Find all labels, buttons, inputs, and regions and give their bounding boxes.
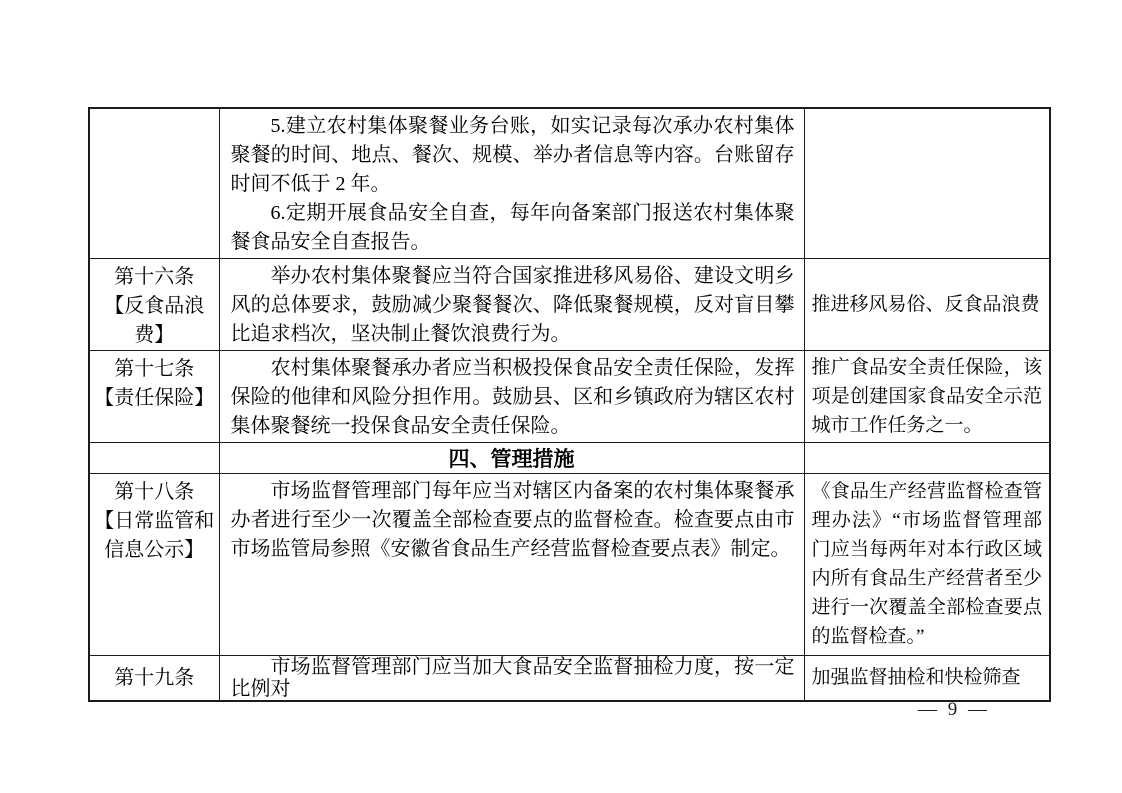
content-paragraph: 市场监督管理部门每年应当对辖区内备案的农村集体聚餐承办者进行至少一次覆盖全部检查… — [231, 477, 795, 564]
article-cell-16: 第十六条 【反食品浪费】 — [89, 258, 219, 350]
article-number: 第十七条 — [94, 355, 215, 384]
content-paragraph: 农村集体聚餐承办者应当积极投保食品安全责任保险，发挥保险的他律和风险分担作用。鼓… — [231, 354, 795, 441]
note-text: 加强监督抽检和快检筛查 — [812, 667, 1021, 688]
content-cell-19: 市场监督管理部门应当加大食品安全监督抽检力度，按一定比例对 — [219, 655, 804, 701]
content-paragraph: 举办农村集体聚餐应当符合国家推进移风易俗、建设文明乡风的总体要求，鼓励减少聚餐餐… — [231, 262, 795, 349]
article-number: 第十九条 — [94, 667, 215, 689]
article-cell-19: 第十九条 — [89, 655, 219, 701]
content-cell-continuation: 5.建立农村集体聚餐业务台账，如实记录每次承办农村集体聚餐的时间、地点、餐次、规… — [219, 108, 804, 258]
content-cell-17: 农村集体聚餐承办者应当积极投保食品安全责任保险，发挥保险的他律和风险分担作用。鼓… — [219, 350, 804, 442]
article-cell-18: 第十八条 【日常监管和信息公示】 — [89, 473, 219, 655]
section-header-cell: 四、管理措施 — [219, 442, 804, 473]
table-row: 第十九条 市场监督管理部门应当加大食品安全监督抽检力度，按一定比例对 加强监督抽… — [89, 655, 1050, 701]
section-right-cell-empty — [804, 442, 1050, 473]
table-row-section-header: 四、管理措施 — [89, 442, 1050, 473]
note-cell-16: 推进移风易俗、反食品浪费 — [804, 258, 1050, 350]
article-title: 【日常监管和信息公示】 — [94, 507, 215, 565]
content-paragraph-5: 5.建立农村集体聚餐业务台账，如实记录每次承办农村集体聚餐的时间、地点、餐次、规… — [231, 112, 795, 199]
article-cell-empty — [89, 108, 219, 258]
note-text: 推广食品安全责任保险，该项是创建国家食品安全示范城市工作任务之一。 — [812, 357, 1043, 436]
article-cell-17: 第十七条 【责任保险】 — [89, 350, 219, 442]
note-text: 《食品生产经营监督检查管理办法》“市场监督管理部门应当每两年对本行政区域内所有食… — [812, 481, 1043, 647]
document-page: 5.建立农村集体聚餐业务台账，如实记录每次承办农村集体聚餐的时间、地点、餐次、规… — [0, 0, 1122, 793]
article-title: 【责任保险】 — [94, 384, 215, 413]
content-paragraph-6: 6.定期开展食品安全自查，每年向备案部门报送农村集体聚餐食品安全自查报告。 — [231, 199, 795, 257]
note-cell-18: 《食品生产经营监督检查管理办法》“市场监督管理部门应当每两年对本行政区域内所有食… — [804, 473, 1050, 655]
article-number: 第十八条 — [94, 478, 215, 507]
table-row: 5.建立农村集体聚餐业务台账，如实记录每次承办农村集体聚餐的时间、地点、餐次、规… — [89, 108, 1050, 258]
content-cell-16: 举办农村集体聚餐应当符合国家推进移风易俗、建设文明乡风的总体要求，鼓励减少聚餐餐… — [219, 258, 804, 350]
table-row: 第十八条 【日常监管和信息公示】 市场监督管理部门每年应当对辖区内备案的农村集体… — [89, 473, 1050, 655]
note-cell-19: 加强监督抽检和快检筛查 — [804, 655, 1050, 701]
table-row: 第十七条 【责任保险】 农村集体聚餐承办者应当积极投保食品安全责任保险，发挥保险… — [89, 350, 1050, 442]
note-cell-17: 推广食品安全责任保险，该项是创建国家食品安全示范城市工作任务之一。 — [804, 350, 1050, 442]
note-text: 推进移风易俗、反食品浪费 — [812, 294, 1040, 315]
page-number: — 9 — — [918, 699, 990, 721]
section-header-text: 四、管理措施 — [449, 448, 575, 471]
regulation-table: 5.建立农村集体聚餐业务台账，如实记录每次承办农村集体聚餐的时间、地点、餐次、规… — [88, 107, 1051, 702]
content-cell-18: 市场监督管理部门每年应当对辖区内备案的农村集体聚餐承办者进行至少一次覆盖全部检查… — [219, 473, 804, 655]
table-row: 第十六条 【反食品浪费】 举办农村集体聚餐应当符合国家推进移风易俗、建设文明乡风… — [89, 258, 1050, 350]
section-left-cell-empty — [89, 442, 219, 473]
content-paragraph: 市场监督管理部门应当加大食品安全监督抽检力度，按一定比例对 — [231, 656, 795, 700]
article-title: 【反食品浪费】 — [94, 292, 215, 350]
note-cell-empty — [804, 108, 1050, 258]
article-number: 第十六条 — [94, 263, 215, 292]
